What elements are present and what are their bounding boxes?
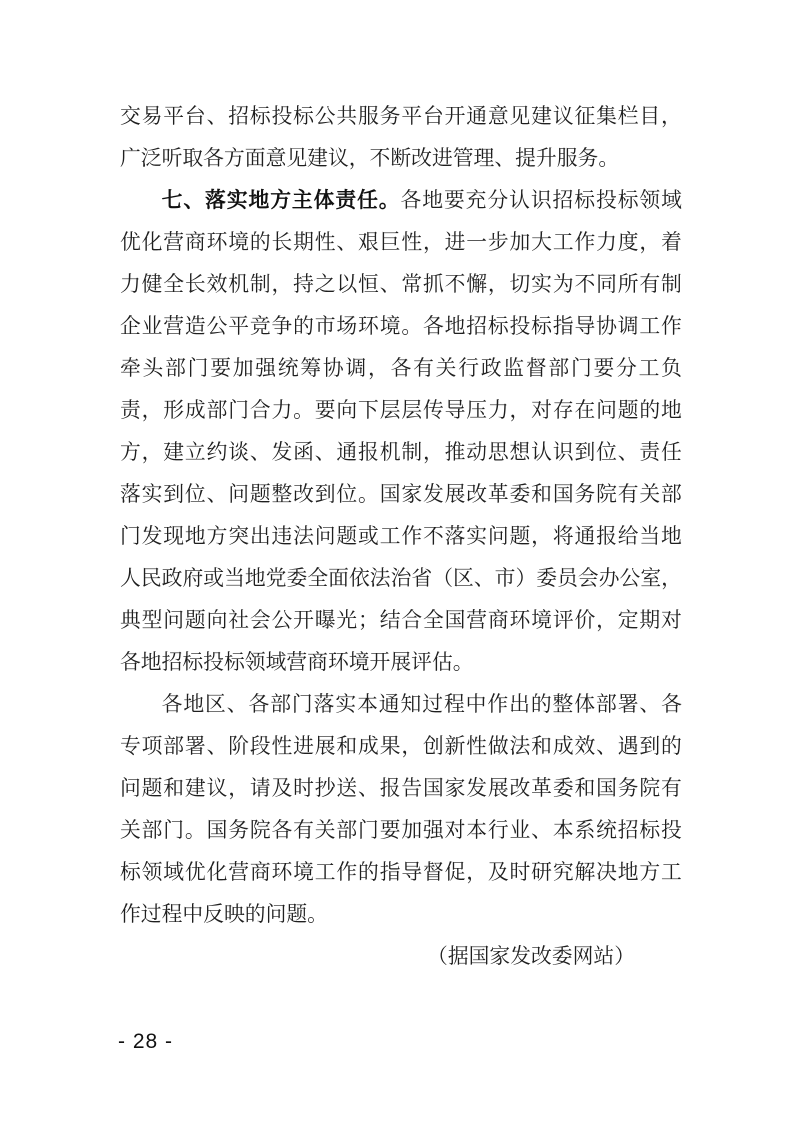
body-char: 统 xyxy=(596,810,617,852)
body-char: 意 xyxy=(488,96,509,138)
body-char: 制 xyxy=(250,264,271,306)
paragraph-line: 交易平台、招标投标公共服务平台开通意见建议征集栏目， xyxy=(120,96,682,138)
body-char: 部 xyxy=(596,684,617,726)
body-char: 性 xyxy=(315,222,336,264)
body-char: 和 xyxy=(163,768,184,810)
body-char: 门 xyxy=(163,810,184,852)
body-char: 问 xyxy=(315,516,336,558)
body-char: 政 xyxy=(481,348,502,390)
body-char: 门 xyxy=(571,348,592,390)
body-char: 部 xyxy=(270,684,291,726)
document-body: 交易平台、招标投标公共服务平台开通意见建议征集栏目，广泛听取各方面意见建议，不断… xyxy=(120,96,682,978)
body-char: 地 xyxy=(445,306,466,348)
body-char: ， xyxy=(142,432,163,474)
body-char: 人 xyxy=(120,558,141,600)
section-heading-char: 任 xyxy=(357,180,378,222)
body-char: 各 xyxy=(401,180,422,222)
body-char: 督 xyxy=(423,852,444,894)
body-char: 力 xyxy=(120,264,141,306)
body-char: 促 xyxy=(445,852,466,894)
body-char: 。 xyxy=(293,390,314,432)
body-char: 投 xyxy=(510,306,531,348)
body-char: 合 xyxy=(250,390,271,432)
body-char: 题 xyxy=(618,390,639,432)
body-char: 切 xyxy=(510,264,531,306)
body-char: 专 xyxy=(120,726,141,768)
body-char: 部 xyxy=(548,348,569,390)
body-char: 。 xyxy=(401,306,422,348)
body-char: ， xyxy=(423,222,444,264)
body-char: ， xyxy=(596,600,617,642)
body-char: 性 xyxy=(466,726,487,768)
body-char: 曝 xyxy=(315,600,336,642)
body-char: 向 xyxy=(207,600,228,642)
body-char: 价 xyxy=(574,600,595,642)
body-char: 投 xyxy=(661,810,682,852)
body-char: 时 xyxy=(510,852,531,894)
body-char: 征 xyxy=(574,96,595,138)
body-char: 为 xyxy=(553,264,574,306)
body-char: 筹 xyxy=(300,348,321,390)
body-char: 当 xyxy=(639,516,660,558)
body-char: 不 xyxy=(445,264,466,306)
paragraph-line: 问题和建议，请及时抄送、报告国家发展改革委和国务院有 xyxy=(120,768,682,810)
body-char: 立 xyxy=(185,432,206,474)
body-char: 院 xyxy=(639,768,660,810)
body-char: 题 xyxy=(185,600,206,642)
body-char: 标 xyxy=(120,852,141,894)
body-char: 做 xyxy=(488,726,509,768)
body-char: 公 xyxy=(207,306,228,348)
body-char: 关 xyxy=(315,810,336,852)
body-char: 层 xyxy=(380,390,401,432)
body-char: 、 xyxy=(336,222,357,264)
body-char: 违 xyxy=(271,516,292,558)
body-char: 商 xyxy=(250,852,271,894)
body-char: 、 xyxy=(639,684,660,726)
body-char: 牵 xyxy=(120,348,141,390)
body-char: 的 xyxy=(639,390,660,432)
body-char: 导 xyxy=(401,852,422,894)
body-char: 各 xyxy=(423,306,444,348)
body-char: ， xyxy=(368,348,389,390)
body-char: 关 xyxy=(436,348,457,390)
body-char: ， xyxy=(142,390,163,432)
body-char: 市 xyxy=(495,558,516,600)
body-char: 分 xyxy=(487,180,508,222)
body-char: 方 xyxy=(207,516,228,558)
body-char: 要 xyxy=(593,348,614,390)
paragraph-line: 方，建立约谈、发函、通报机制，推动思想认识到位、责任 xyxy=(120,432,682,474)
body-char: 、 xyxy=(207,726,228,768)
body-char: 或 xyxy=(358,516,379,558)
body-char: 头 xyxy=(143,348,164,390)
body-char: 本 xyxy=(357,684,378,726)
body-char: 落 xyxy=(314,684,335,726)
body-char: 一 xyxy=(466,222,487,264)
body-char: 定 xyxy=(618,600,639,642)
body-char: 、 xyxy=(618,432,639,474)
body-char: ， xyxy=(271,264,292,306)
document-page: 交易平台、招标投标公共服务平台开通意见建议征集栏目，广泛听取各方面意见建议，不断… xyxy=(0,0,800,1131)
body-char: 请 xyxy=(250,768,271,810)
body-char: 社 xyxy=(228,600,249,642)
body-char: 对 xyxy=(531,390,552,432)
body-char: 部 xyxy=(661,474,682,516)
paragraph-line: 责，形成部门合力。要向下层层传导压力，对存在问题的地 xyxy=(120,390,682,432)
body-char: 投 xyxy=(596,180,617,222)
body-char: 发 xyxy=(423,474,444,516)
body-char: 家 xyxy=(401,474,422,516)
body-char: 存 xyxy=(553,390,574,432)
body-char: 认 xyxy=(531,432,552,474)
body-char: 指 xyxy=(553,306,574,348)
body-char: 境 xyxy=(380,306,401,348)
body-char: 中 xyxy=(466,684,487,726)
body-char: 责 xyxy=(639,432,660,474)
paragraph-line: 关部门。国务院各有关部门要加强对本行业、本系统招标投 xyxy=(120,810,682,852)
body-char: 招 xyxy=(553,180,574,222)
section-heading-char: 主 xyxy=(292,180,313,222)
body-char: 建 xyxy=(185,768,206,810)
body-char: 识 xyxy=(553,432,574,474)
body-char: 办 xyxy=(599,558,620,600)
paragraph-line: 作过程中反映的问题。 xyxy=(120,894,682,936)
body-char: 及 xyxy=(271,768,292,810)
body-char: 。 xyxy=(358,474,379,516)
body-char: 合 xyxy=(401,600,422,642)
body-char: 认 xyxy=(509,180,530,222)
body-char: 地 xyxy=(183,684,204,726)
body-char: 国 xyxy=(423,768,444,810)
body-char: 以 xyxy=(336,264,357,306)
body-char: 所 xyxy=(618,264,639,306)
body-char: 竞 xyxy=(250,306,271,348)
paragraph-line: 优化营商环境的长期性、艰巨性，进一步加大工作力度，着 xyxy=(120,222,682,264)
body-char: 全 xyxy=(423,600,444,642)
body-char: 整 xyxy=(271,474,292,516)
body-char: 全 xyxy=(163,264,184,306)
body-char: 协 xyxy=(323,348,344,390)
body-char: 工 xyxy=(639,306,660,348)
body-char: 约 xyxy=(207,432,228,474)
body-char: 强 xyxy=(423,810,444,852)
body-char: 问 xyxy=(120,768,141,810)
body-char: 方 xyxy=(120,432,141,474)
body-char: 统 xyxy=(278,348,299,390)
body-char: ， xyxy=(423,432,444,474)
body-char: 长 xyxy=(271,222,292,264)
body-char: 抓 xyxy=(423,264,444,306)
body-char: 、 xyxy=(207,474,228,516)
body-char: 法 xyxy=(370,558,391,600)
paragraph-line: 典型问题向社会公开曝光；结合全国营商环境评价，定期对 xyxy=(120,600,682,642)
body-char: 、 xyxy=(250,432,271,474)
body-char: 议 xyxy=(207,768,228,810)
body-char: 、 xyxy=(207,96,228,138)
body-char: 开 xyxy=(445,96,466,138)
body-char: 公 xyxy=(620,558,641,600)
body-char: 署 xyxy=(618,684,639,726)
body-char: ， xyxy=(228,768,249,810)
body-char: 领 xyxy=(142,852,163,894)
body-char: 地 xyxy=(661,516,682,558)
body-char: 面 xyxy=(328,558,349,600)
body-char: 关 xyxy=(120,810,141,852)
body-char: 环 xyxy=(358,306,379,348)
body-char: 门 xyxy=(228,390,249,432)
body-char: 门 xyxy=(292,684,313,726)
body-char: 系 xyxy=(574,810,595,852)
body-char: 标 xyxy=(574,180,595,222)
body-char: 对 xyxy=(445,810,466,852)
body-char: 争 xyxy=(271,306,292,348)
paragraph-line: 人民政府或当地党委全面依法治省（区、市）委员会办公室， xyxy=(120,558,682,600)
body-char: 开 xyxy=(293,600,314,642)
body-char: 充 xyxy=(466,180,487,222)
body-char: 型 xyxy=(142,600,163,642)
body-char: 委 xyxy=(553,768,574,810)
body-char: ， xyxy=(639,222,660,264)
body-char: 导 xyxy=(445,390,466,432)
body-char: 法 xyxy=(510,726,531,768)
body-char: 见 xyxy=(510,96,531,138)
body-char: 督 xyxy=(526,348,547,390)
body-char: 长 xyxy=(185,264,206,306)
body-char: 不 xyxy=(423,516,444,558)
body-char: 招 xyxy=(466,306,487,348)
body-char: 员 xyxy=(557,558,578,600)
body-char: 阶 xyxy=(228,726,249,768)
body-char: 营 xyxy=(163,222,184,264)
body-char: 建 xyxy=(531,96,552,138)
body-char: 环 xyxy=(510,600,531,642)
section-heading-char: 、 xyxy=(183,180,204,222)
body-char: 大 xyxy=(531,222,552,264)
body-char: 问 xyxy=(228,474,249,516)
body-char: 务 xyxy=(380,96,401,138)
body-char: 常 xyxy=(401,264,422,306)
body-char: 省 xyxy=(411,558,432,600)
body-char: 发 xyxy=(142,516,163,558)
body-char: 公 xyxy=(315,96,336,138)
body-char: 关 xyxy=(639,474,660,516)
body-char: 的 xyxy=(293,306,314,348)
body-char: 和 xyxy=(531,474,552,516)
body-char: 作 xyxy=(574,222,595,264)
body-char: 层 xyxy=(401,390,422,432)
body-char: 化 xyxy=(207,852,228,894)
body-char: 成 xyxy=(185,390,206,432)
body-char: 同 xyxy=(596,264,617,306)
body-char: 行 xyxy=(458,348,479,390)
body-char: 服 xyxy=(358,96,379,138)
paragraph-line: 广泛听取各方面意见建议，不断改进管理、提升服务。 xyxy=(120,138,682,180)
body-char: 改 xyxy=(466,474,487,516)
body-char: 当 xyxy=(224,558,245,600)
body-char: 到 xyxy=(315,474,336,516)
body-char: 环 xyxy=(271,852,292,894)
body-char: ， xyxy=(531,516,552,558)
body-char: 要 xyxy=(444,180,465,222)
body-char: 国 xyxy=(553,474,574,516)
body-char: 作 xyxy=(401,516,422,558)
body-char: 部 xyxy=(207,390,228,432)
body-char: 要 xyxy=(380,810,401,852)
body-char: 突 xyxy=(228,516,249,558)
body-char: 进 xyxy=(293,726,314,768)
body-char: 展 xyxy=(488,768,509,810)
body-char: 加 xyxy=(401,810,422,852)
body-char: 标 xyxy=(639,810,660,852)
body-char: 在 xyxy=(574,390,595,432)
body-char: 通 xyxy=(466,96,487,138)
body-char: 通 xyxy=(336,432,357,474)
body-char: 力 xyxy=(271,390,292,432)
body-char: 果 xyxy=(380,726,401,768)
body-char: 位 xyxy=(336,474,357,516)
body-char: 境 xyxy=(293,852,314,894)
body-char: 工 xyxy=(553,222,574,264)
body-char: 动 xyxy=(466,432,487,474)
body-char: 环 xyxy=(207,222,228,264)
body-char: 全 xyxy=(307,558,328,600)
body-char: 商 xyxy=(185,222,206,264)
body-char: 地 xyxy=(185,516,206,558)
body-char: 项 xyxy=(142,726,163,768)
body-char: 各 xyxy=(391,348,412,390)
body-char: 调 xyxy=(618,306,639,348)
body-char: 送 xyxy=(336,768,357,810)
body-char: 决 xyxy=(596,852,617,894)
paragraph-line: 门发现地方突出违法问题或工作不落实问题，将通报给当地 xyxy=(120,516,682,558)
body-char: 展 xyxy=(445,474,466,516)
body-char: 题 xyxy=(336,516,357,558)
paragraph-line: 力健全长效机制，持之以恒、常抓不懈，切实为不同所有制 xyxy=(120,264,682,306)
body-char: 标 xyxy=(293,96,314,138)
paragraph-line: 落实到位、问题整改到位。国家发展改革委和国务院有关部 xyxy=(120,474,682,516)
body-char: 体 xyxy=(574,684,595,726)
body-char: 新 xyxy=(445,726,466,768)
body-char: 恒 xyxy=(358,264,379,306)
body-char: 地 xyxy=(661,390,682,432)
paragraph-line: 专项部署、阶段性进展和成果，创新性做法和成效、遇到的 xyxy=(120,726,682,768)
body-char: 问 xyxy=(488,516,509,558)
body-char: 到 xyxy=(574,432,595,474)
paragraph-line: 各地招标投标领域营商环境开展评估。 xyxy=(120,642,682,684)
section-heading-char: 地 xyxy=(248,180,269,222)
body-char: 责 xyxy=(120,390,141,432)
body-char: 务 xyxy=(618,768,639,810)
body-char: 区 xyxy=(453,558,474,600)
body-char: 府 xyxy=(182,558,203,600)
body-char: 各 xyxy=(661,684,682,726)
body-char: ； xyxy=(358,600,379,642)
document-body-lines: 交易平台、招标投标公共服务平台开通意见建议征集栏目，广泛听取各方面意见建议，不断… xyxy=(120,96,682,936)
body-char: 加 xyxy=(510,222,531,264)
body-char: 改 xyxy=(510,768,531,810)
body-char: 通 xyxy=(379,684,400,726)
body-char: 知 xyxy=(401,684,422,726)
body-char: 持 xyxy=(293,264,314,306)
body-char: 业 xyxy=(510,810,531,852)
body-char: 国 xyxy=(207,810,228,852)
body-char: 委 xyxy=(536,558,557,600)
body-char: 、 xyxy=(380,264,401,306)
body-char: 。 xyxy=(185,810,206,852)
body-char: 要 xyxy=(210,348,231,390)
body-char: 报 xyxy=(358,432,379,474)
body-char: 巨 xyxy=(380,222,401,264)
body-char: 力 xyxy=(596,222,617,264)
body-char: 典 xyxy=(120,600,141,642)
body-char: 的 xyxy=(250,222,271,264)
body-char: 部 xyxy=(165,348,186,390)
body-char: 治 xyxy=(391,558,412,600)
body-char: 院 xyxy=(250,810,271,852)
body-char: 地 xyxy=(618,852,639,894)
body-char: 门 xyxy=(120,516,141,558)
body-char: 效 xyxy=(574,726,595,768)
body-char: 期 xyxy=(293,222,314,264)
body-char: 将 xyxy=(553,516,574,558)
body-char: 企 xyxy=(120,306,141,348)
body-char: 国 xyxy=(596,768,617,810)
body-char: 有 xyxy=(618,474,639,516)
body-char: 之 xyxy=(315,264,336,306)
body-char: 程 xyxy=(444,684,465,726)
body-char: 法 xyxy=(293,516,314,558)
body-char: 制 xyxy=(661,264,682,306)
body-char: 的 xyxy=(531,684,552,726)
body-char: 作 xyxy=(487,684,508,726)
section-heading-char: 七 xyxy=(162,180,183,222)
body-char: 工 xyxy=(315,852,336,894)
body-char: 党 xyxy=(266,558,287,600)
body-char: 着 xyxy=(661,222,682,264)
body-char: 商 xyxy=(488,600,509,642)
paragraph-line: 标领域优化营商环境工作的指导督促，及时研究解决地方工 xyxy=(120,852,682,894)
body-char: 交 xyxy=(120,96,141,138)
body-char: 、 xyxy=(227,684,248,726)
body-char: 招 xyxy=(228,96,249,138)
body-char: 加 xyxy=(233,348,254,390)
body-char: 公 xyxy=(271,600,292,642)
body-char: 识 xyxy=(531,180,552,222)
body-char: 平 xyxy=(228,306,249,348)
body-char: 步 xyxy=(488,222,509,264)
body-char: 域 xyxy=(163,852,184,894)
body-char: 化 xyxy=(142,222,163,264)
body-char: 部 xyxy=(336,810,357,852)
body-char: 优 xyxy=(120,222,141,264)
body-char: 的 xyxy=(358,852,379,894)
body-char: 领 xyxy=(639,180,660,222)
body-char: 及 xyxy=(488,852,509,894)
body-char: 建 xyxy=(163,432,184,474)
body-char: 造 xyxy=(185,306,206,348)
body-char: 的 xyxy=(661,726,682,768)
body-char: 务 xyxy=(228,810,249,852)
body-char: 研 xyxy=(531,852,552,894)
body-char: 机 xyxy=(380,432,401,474)
body-char: 问 xyxy=(596,390,617,432)
body-char: 展 xyxy=(315,726,336,768)
body-char: 制 xyxy=(401,432,422,474)
body-char: 民 xyxy=(141,558,162,600)
body-char: 思 xyxy=(488,432,509,474)
body-char: 实 xyxy=(531,264,552,306)
